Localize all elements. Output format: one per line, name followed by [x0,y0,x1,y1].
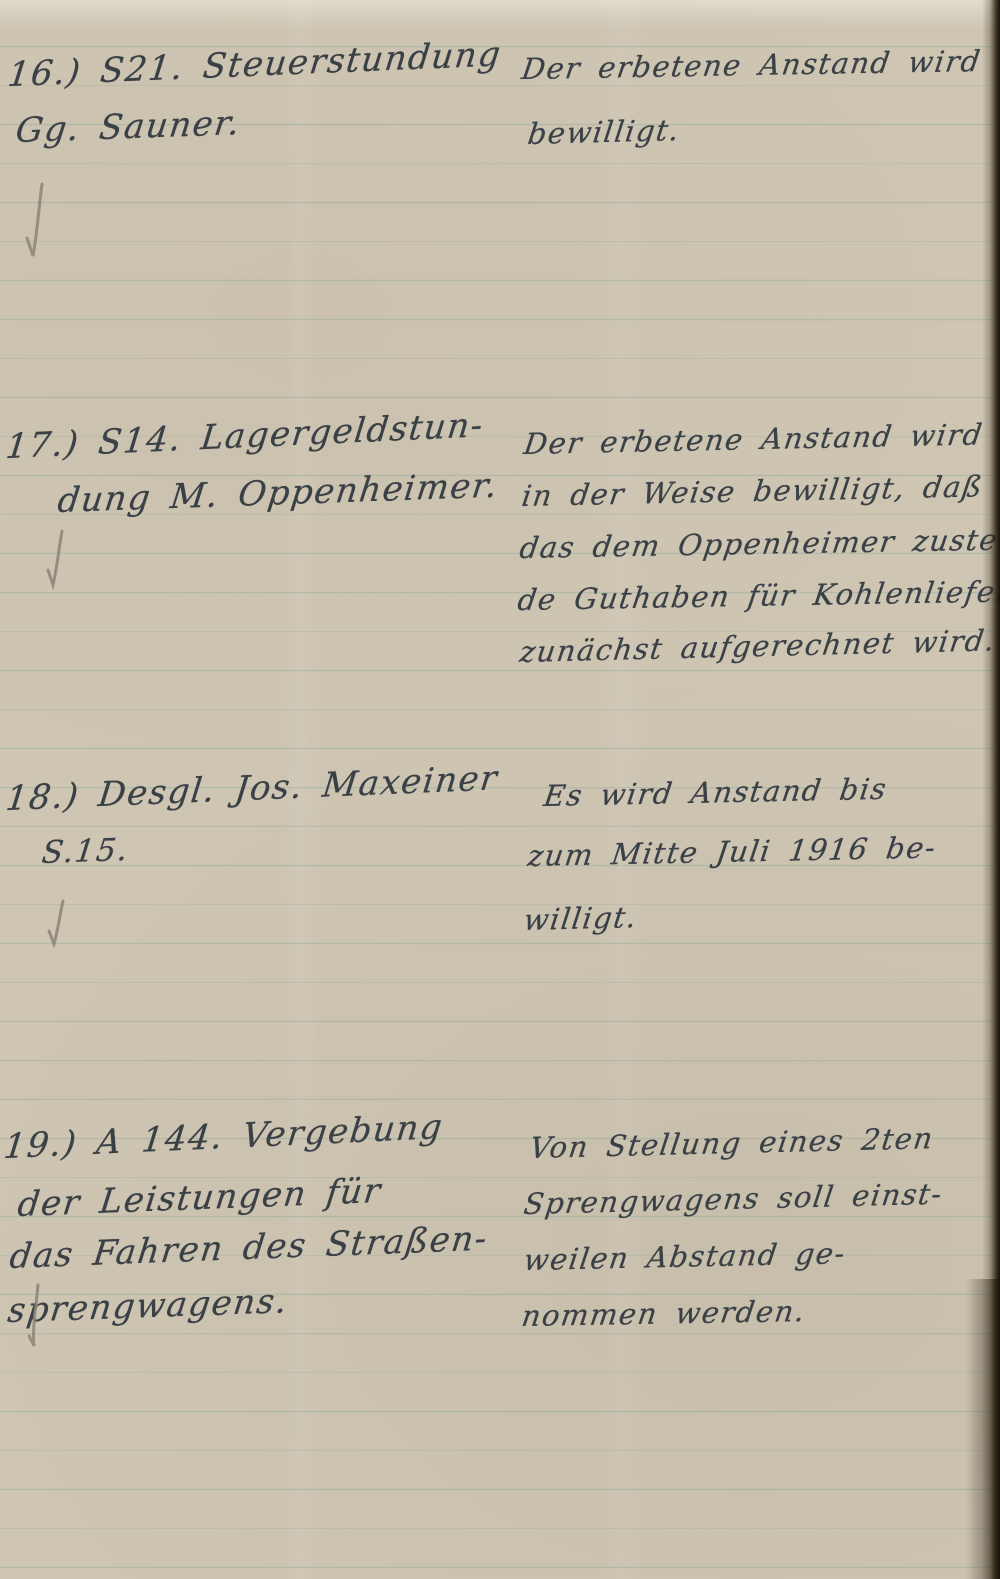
entry-decision-line: Es wird Anstand bis [542,775,889,811]
entry-subject-line: sprengwagens. [6,1284,290,1328]
entry-decision-line: Sprengwagens soll einst- [522,1180,945,1219]
entry-decision-line: zunächst aufgerechnet wird. [518,626,998,667]
entry-subject-line: 19.) A 144. Vergebung [2,1110,445,1164]
entry-subject-line: Gg. Sauner. [14,106,243,148]
entry-decision-line: weilen Abstand ge- [522,1239,848,1275]
entry-subject-line: dung M. Oppenheimer. [56,469,500,519]
entry-decision-line: bewilligt. [526,116,682,149]
entry-decision-line: Der erbetene Anstand wird [522,420,985,459]
pencil-checkmark-icon [44,528,68,590]
entry-subject-line: das Fahren des Straßen- [8,1222,490,1275]
manuscript-page: 16.) S21. Steuerstundung Gg. Sauner. Der… [0,0,1000,1579]
pencil-checkmark-icon [22,180,48,262]
entry-decision-line: nommen werden. [520,1297,808,1331]
entry-decision-line: zum Mitte Juli 1916 be- [526,833,938,871]
entry-decision-line: Von Stellung eines 2ten [528,1124,936,1163]
entry-subject-line: der Leistungen für [16,1174,384,1222]
entry-decision-line: das dem Oppenheimer zustehen- [518,524,1000,563]
entry-subject-line: 17.) S14. Lagergeldstun- [4,408,486,464]
entry-subject-line: 18.) Desgl. Jos. Maxeiner [4,761,500,816]
entry-subject-line: 16.) S21. Steuerstundung [6,37,503,92]
page-binding-edge [982,0,1000,1579]
entry-decision-line: willigt. [522,903,639,935]
entry-subject-line: S.15. [40,835,131,869]
entry-decision-line: Der erbetene Anstand wird [520,47,983,84]
entry-decision-line: in der Weise bewilligt, daß [520,472,985,511]
pencil-checkmark-icon [46,898,68,948]
entry-decision-line: de Guthaben für Kohlenlieferung [516,576,1000,615]
